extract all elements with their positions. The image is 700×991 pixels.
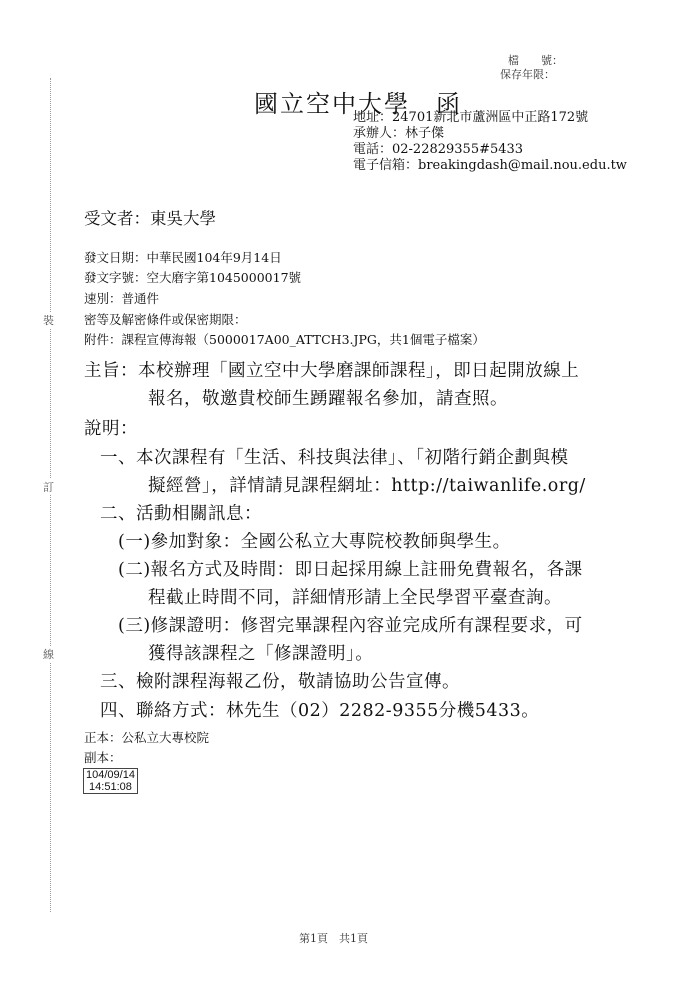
- binding-mark-ding: 訂: [43, 479, 54, 495]
- retention-period-label: 保存年限：: [500, 66, 555, 82]
- attachment[interactable]: 附件：課程宣傳海報（5000017A00_ATTCH3.JPG，共1個電子檔案）: [84, 332, 485, 348]
- explanation-item-1-line-2[interactable]: 擬經營」，詳情請見課程網址：http://taiwanlife.org/: [148, 472, 586, 497]
- sender-email[interactable]: 電子信箱：breakingdash@mail.nou.edu.tw: [353, 158, 627, 174]
- stamp-date: 104/09/14: [86, 769, 135, 781]
- explanation-sub-2-line-1: (二)報名方式及時間：即日起採用線上註冊免費報名，各課: [118, 556, 583, 581]
- explanation-sub-3-line-2: 獲得該課程之「修課證明」。: [148, 640, 373, 665]
- secrecy-level: 密等及解密條件或保密期限：: [84, 312, 247, 328]
- explanation-sub-2-line-2: 程截止時間不同，詳細情形請上全民學習平臺查詢。: [148, 584, 562, 609]
- delivery-speed: 速別：普通件: [84, 291, 159, 307]
- binding-mark-zhuang: 裝: [43, 312, 54, 328]
- page-number: 第1頁 共1頁: [299, 930, 368, 946]
- explanation-item-3: 三、檢附課程海報乙份，敬請協助公告宣傳。: [100, 668, 460, 693]
- sender-address: 地址：24701新北市蘆洲區中正路172號: [353, 110, 588, 126]
- explanation-label: 說明：: [84, 415, 138, 440]
- original-recipients: 正本：公私立大專校院: [84, 730, 209, 746]
- explanation-item-2-label: 二、活動相關訊息：: [100, 500, 262, 525]
- document-number: 發文字號：空大磨字第1045000017號: [84, 270, 301, 286]
- issue-date: 發文日期：中華民國104年9月14日: [84, 250, 282, 266]
- binding-mark-xian: 線: [43, 646, 54, 662]
- subject-line-2: 報名，敬邀貴校師生踴躍報名參加，請查照。: [148, 385, 508, 410]
- explanation-item-1-line-1: 一、本次課程有「生活、科技與法律」、「初階行銷企劃與模: [100, 444, 569, 469]
- sender-phone: 電話：02-22829355#5433: [353, 142, 523, 158]
- copy-recipients: 副本：: [84, 750, 122, 766]
- binding-dotted-line: [50, 78, 51, 912]
- sender-handler: 承辦人：林子傑: [353, 126, 444, 142]
- stamp-time: 14:51:08: [86, 781, 135, 793]
- explanation-sub-1: (一)參加對象：全國公私立大專院校教師與學生。: [118, 528, 511, 553]
- recipient: 受文者：東吳大學: [84, 205, 216, 229]
- explanation-sub-3-line-1: (三)修課證明：修習完畢課程內容並完成所有課程要求，可: [118, 612, 583, 637]
- timestamp-stamp: 104/09/14 14:51:08: [83, 768, 138, 794]
- explanation-item-4: 四、聯絡方式：林先生（02）2282-9355分機5433。: [100, 697, 539, 722]
- subject-line-1: 主旨：本校辦理「國立空中大學磨課師課程」，即日起開放線上: [84, 357, 579, 382]
